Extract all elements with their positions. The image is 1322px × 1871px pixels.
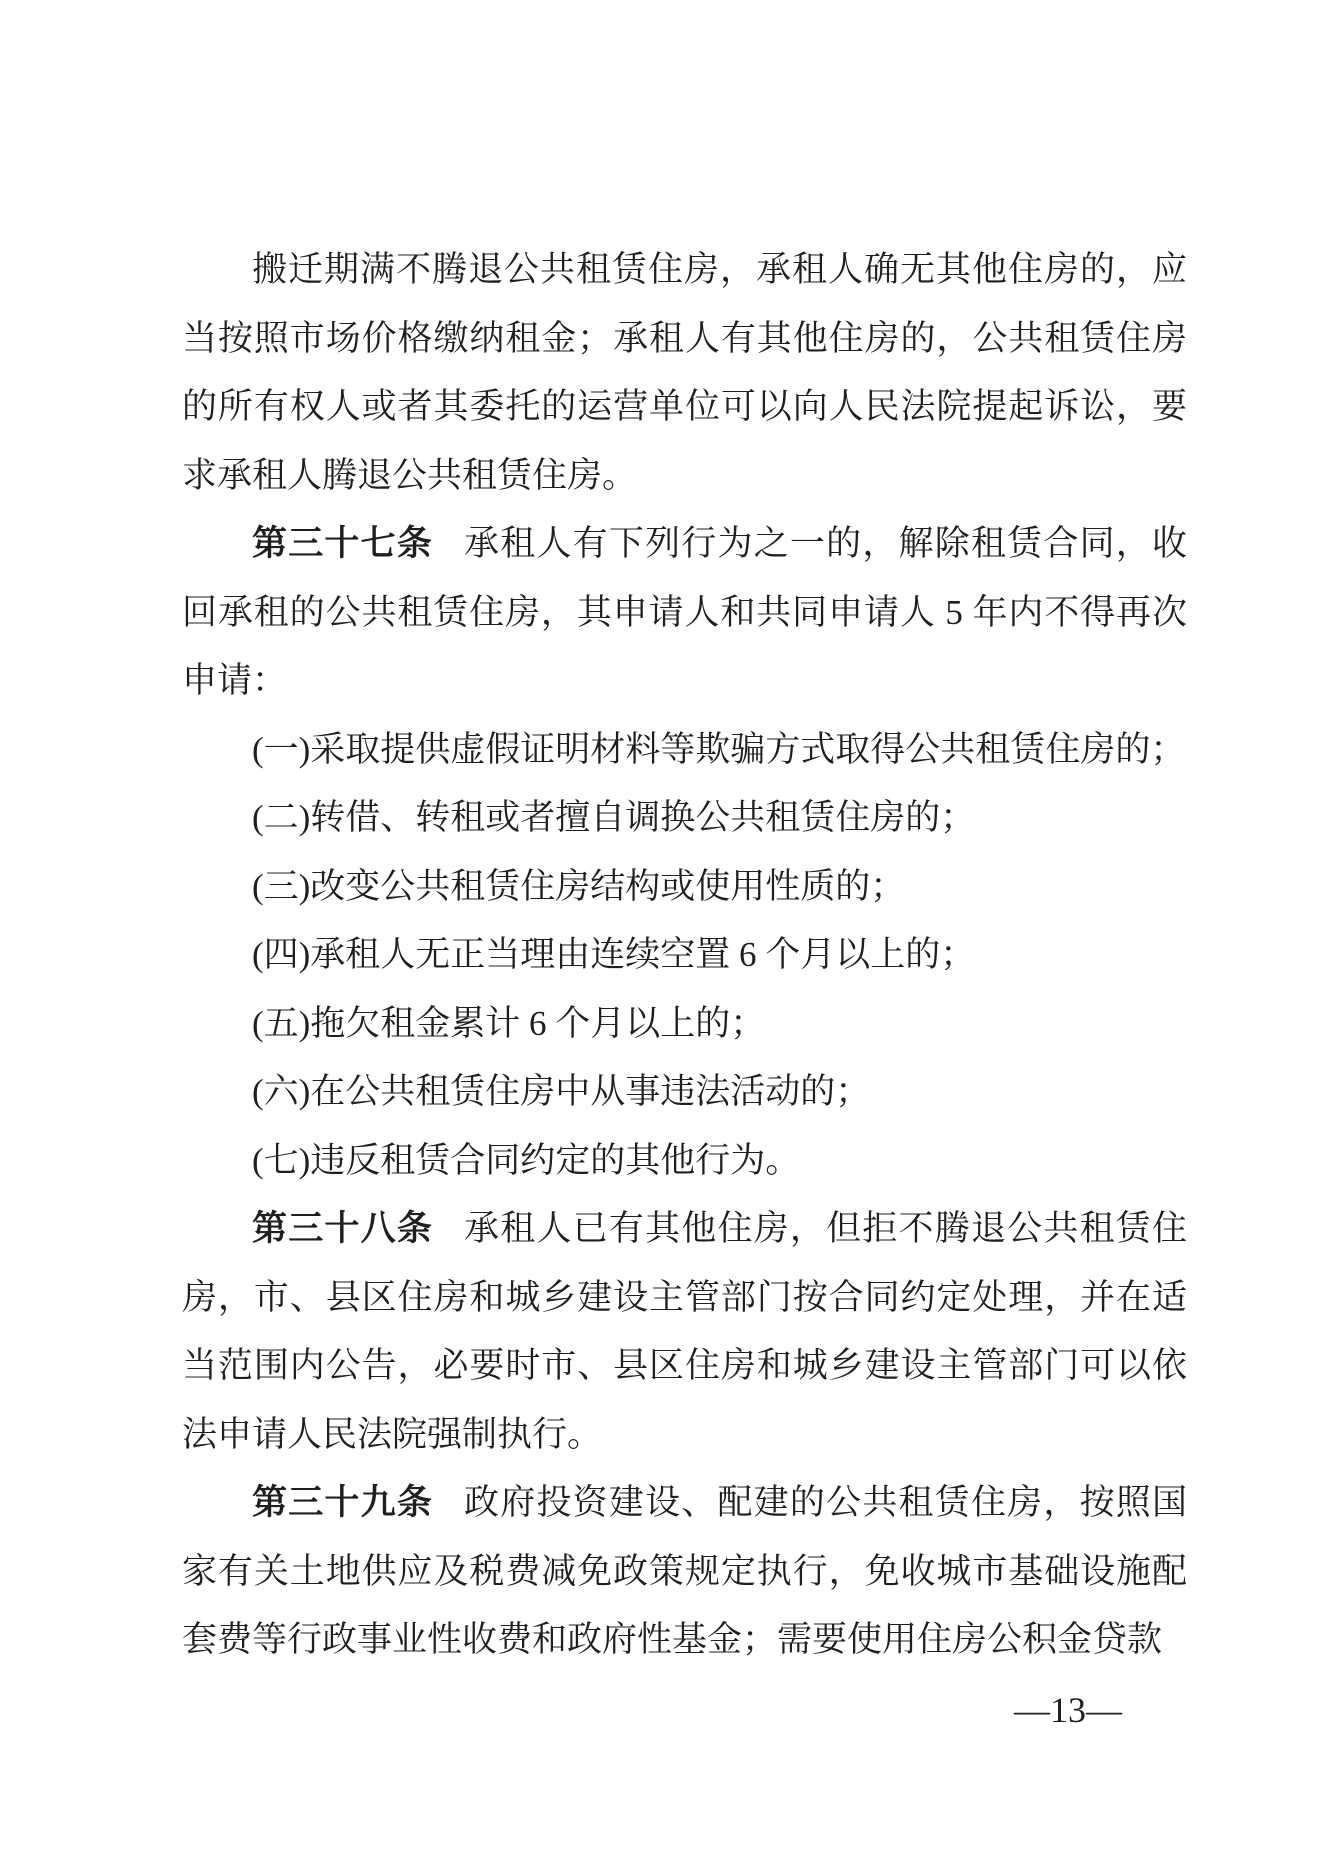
paragraph-text: (六)在公共租赁住房中从事违法活动的； — [252, 1072, 870, 1111]
paragraph-article-37: 第三十七条承租人有下列行为之一的，解除租赁合同，收回承租的公共租赁住房，其申请人… — [182, 510, 1187, 716]
page-number: —13— — [1014, 1690, 1122, 1730]
list-item-3: (三)改变公共租赁住房结构或使用性质的； — [182, 853, 1187, 922]
paragraph-text: (一)采取提供虚假证明材料等欺骗方式取得公共租赁住房的； — [252, 730, 1185, 769]
list-item-1: (一)采取提供虚假证明材料等欺骗方式取得公共租赁住房的； — [182, 716, 1187, 785]
list-item-6: (六)在公共租赁住房中从事违法活动的； — [182, 1058, 1187, 1127]
list-item-5: (五)拖欠租金累计 6 个月以上的； — [182, 990, 1187, 1059]
list-item-7: (七)违反租赁合同约定的其他行为。 — [182, 1127, 1187, 1196]
paragraph-text: (三)改变公共租赁住房结构或使用性质的； — [252, 867, 905, 906]
article-number: 第三十七条 — [252, 524, 433, 563]
paragraph-article-39: 第三十九条政府投资建设、配建的公共租赁住房，按照国家有关土地供应及税费减免政策规… — [182, 1469, 1187, 1675]
document-body: 搬迁期满不腾退公共租赁住房，承租人确无其他住房的，应当按照市场价格缴纳租金；承租… — [182, 236, 1187, 1675]
list-item-2: (二)转借、转租或者擅自调换公共租赁住房的； — [182, 784, 1187, 853]
paragraph: 搬迁期满不腾退公共租赁住房，承租人确无其他住房的，应当按照市场价格缴纳租金；承租… — [182, 236, 1187, 510]
article-number: 第三十八条 — [252, 1209, 433, 1248]
article-number: 第三十九条 — [252, 1483, 433, 1522]
paragraph-article-38: 第三十八条承租人已有其他住房，但拒不腾退公共租赁住房，市、县区住房和城乡建设主管… — [182, 1195, 1187, 1469]
paragraph-text: (七)违反租赁合同约定的其他行为。 — [252, 1141, 800, 1180]
paragraph-text: (四)承租人无正当理由连续空置 6 个月以上的； — [252, 935, 975, 974]
paragraph-text: (五)拖欠租金累计 6 个月以上的； — [252, 1004, 765, 1043]
list-item-4: (四)承租人无正当理由连续空置 6 个月以上的； — [182, 921, 1187, 990]
paragraph-text: (二)转借、转租或者擅自调换公共租赁住房的； — [252, 798, 975, 837]
document-page: { "page": { "background_color": "#ffffff… — [0, 0, 1322, 1871]
paragraph-text: 搬迁期满不腾退公共租赁住房，承租人确无其他住房的，应当按照市场价格缴纳租金；承租… — [182, 250, 1187, 495]
